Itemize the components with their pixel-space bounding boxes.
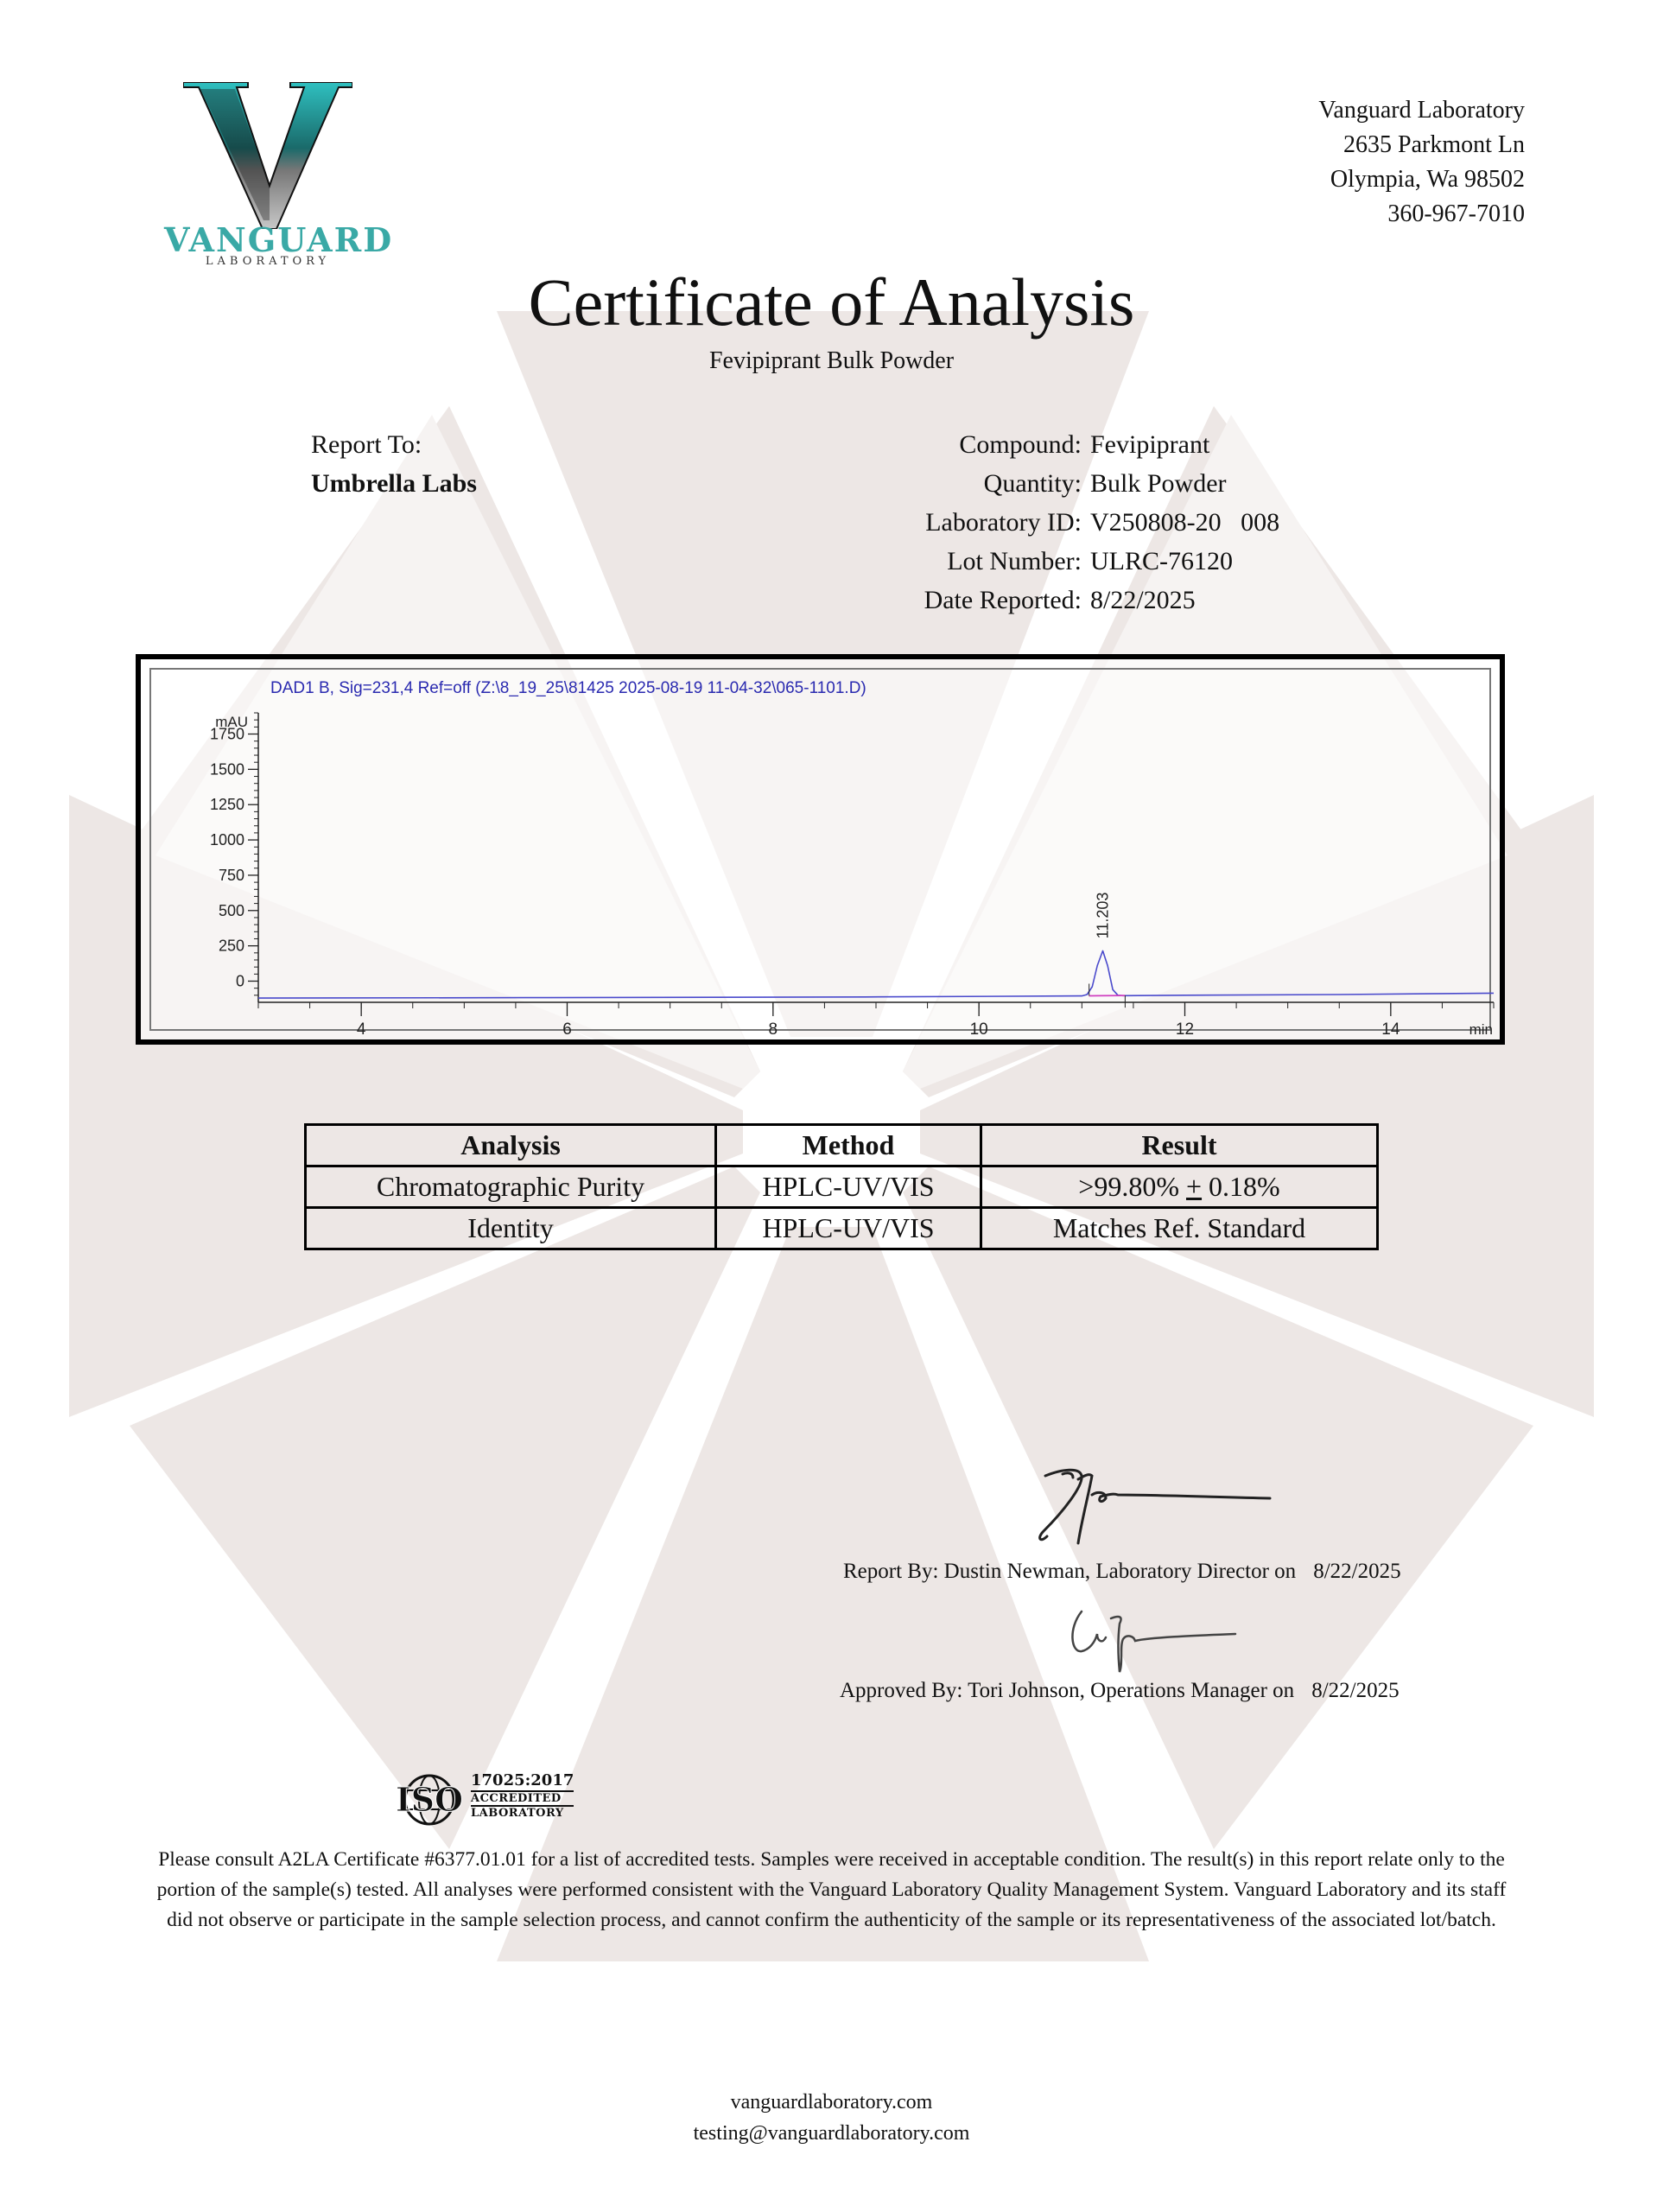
cell-method: HPLC-UV/VIS xyxy=(716,1166,981,1208)
page-subtitle: Fevipiprant Bulk Powder xyxy=(0,347,1663,375)
page-title: Certificate of Analysis xyxy=(0,264,1663,341)
y-tick-label: 250 xyxy=(219,938,244,955)
report-by-text: Report By: Dustin Newman, Laboratory Dir… xyxy=(843,1560,1296,1583)
info-label: Laboratory ID: xyxy=(829,503,1090,542)
table-row: Chromatographic Purity HPLC-UV/VIS >99.8… xyxy=(306,1166,1378,1208)
info-label: Lot Number: xyxy=(829,542,1090,581)
info-row-quantity: Quantity: Bulk Powder xyxy=(829,464,1279,503)
approved-by-text: Approved By: Tori Johnson, Operations Ma… xyxy=(840,1679,1294,1702)
lab-name: Vanguard Laboratory xyxy=(1318,93,1525,128)
iso-globe-icon: ISO xyxy=(389,1771,471,1827)
x-tick-label: 10 xyxy=(970,1020,988,1036)
approved-by-line: Approved By: Tori Johnson, Operations Ma… xyxy=(840,1679,1400,1703)
lab-city: Olympia, Wa 98502 xyxy=(1318,162,1525,197)
y-tick-label: 1750 xyxy=(210,726,244,743)
header-analysis: Analysis xyxy=(306,1125,716,1166)
info-label: Quantity: xyxy=(829,464,1090,503)
info-row-lot-number: Lot Number: ULRC-76120 xyxy=(829,542,1279,581)
info-row-date-reported: Date Reported: 8/22/2025 xyxy=(829,581,1279,620)
info-row-laboratory-id: Laboratory ID: V250808-20 008 xyxy=(829,503,1279,542)
iso-laboratory: LABORATORY xyxy=(471,1805,574,1820)
peak-label: 11.203 xyxy=(1095,893,1112,939)
x-axis-label: min xyxy=(1469,1021,1493,1036)
info-label: Compound: xyxy=(829,425,1090,464)
cell-result: >99.80% + 0.18% xyxy=(981,1166,1378,1208)
info-value: Fevipiprant xyxy=(1090,425,1209,464)
report-to-label: Report To: xyxy=(311,425,477,464)
result-uncertainty: 0.18% xyxy=(1202,1171,1280,1202)
y-tick-label: 750 xyxy=(219,867,244,884)
info-label: Date Reported: xyxy=(829,581,1090,620)
y-tick-label: 0 xyxy=(236,972,244,989)
lab-phone: 360-967-7010 xyxy=(1318,197,1525,232)
logo-wordmark: VANGUARD xyxy=(164,220,371,259)
info-value: V250808-20 008 xyxy=(1090,503,1279,542)
chromatogram-trace xyxy=(258,950,1494,998)
y-tick-label: 1000 xyxy=(210,831,244,849)
footer-email-link[interactable]: testing@vanguardlaboratory.com xyxy=(0,2118,1663,2149)
plus-minus-symbol: + xyxy=(1186,1171,1202,1202)
signature-director-icon xyxy=(1028,1460,1304,1547)
info-value: Bulk Powder xyxy=(1090,464,1227,503)
iso-accreditation-badge: ISO 17025:2017 ACCREDITED LABORATORY xyxy=(389,1771,587,1827)
header-result: Result xyxy=(981,1125,1378,1166)
chromatogram-frame: DAD1 B, Sig=231,4 Ref=off (Z:\8_19_25\81… xyxy=(136,654,1505,1045)
report-to: Report To: Umbrella Labs xyxy=(311,425,477,503)
x-tick-label: 6 xyxy=(562,1020,572,1036)
approved-by-date: 8/22/2025 xyxy=(1311,1679,1399,1703)
iso-standard: 17025:2017 xyxy=(471,1771,574,1792)
logo-v-icon xyxy=(183,82,352,229)
x-tick-label: 12 xyxy=(1176,1020,1194,1036)
iso-accredited: ACCREDITED xyxy=(471,1792,574,1805)
cell-result: Matches Ref. Standard xyxy=(981,1208,1378,1249)
chromatogram-panel: DAD1 B, Sig=231,4 Ref=off (Z:\8_19_25\81… xyxy=(149,668,1491,1031)
cell-analysis: Identity xyxy=(306,1208,716,1249)
vanguard-logo: VANGUARD LABORATORY xyxy=(164,82,371,268)
y-tick-label: 1250 xyxy=(210,796,244,813)
disclaimer-text: Please consult A2LA Certificate #6377.01… xyxy=(156,1845,1507,1935)
client-name: Umbrella Labs xyxy=(311,464,477,503)
info-value: 8/22/2025 xyxy=(1090,581,1196,620)
footer-website-link[interactable]: vanguardlaboratory.com xyxy=(0,2087,1663,2118)
header-method: Method xyxy=(716,1125,981,1166)
lab-address: Vanguard Laboratory 2635 Parkmont Ln Oly… xyxy=(1318,93,1525,232)
x-tick-label: 8 xyxy=(769,1020,778,1036)
y-tick-label: 500 xyxy=(219,902,244,919)
sample-info: Compound: Fevipiprant Quantity: Bulk Pow… xyxy=(829,425,1279,620)
results-table: Analysis Method Result Chromatographic P… xyxy=(304,1123,1379,1250)
table-row: Identity HPLC-UV/VIS Matches Ref. Standa… xyxy=(306,1208,1378,1249)
info-value: ULRC-76120 xyxy=(1090,542,1233,581)
info-row-compound: Compound: Fevipiprant xyxy=(829,425,1279,464)
footer: vanguardlaboratory.com testing@vanguardl… xyxy=(0,2087,1663,2149)
signature-manager-icon xyxy=(1063,1603,1253,1681)
result-value: >99.80% xyxy=(1078,1171,1186,1202)
lab-street: 2635 Parkmont Ln xyxy=(1318,128,1525,162)
y-tick-label: 1500 xyxy=(210,760,244,778)
svg-text:ISO: ISO xyxy=(396,1780,463,1819)
cell-method: HPLC-UV/VIS xyxy=(716,1208,981,1249)
table-header-row: Analysis Method Result xyxy=(306,1125,1378,1166)
iso-text: 17025:2017 ACCREDITED LABORATORY xyxy=(471,1771,574,1820)
cell-analysis: Chromatographic Purity xyxy=(306,1166,716,1208)
x-tick-label: 4 xyxy=(357,1020,366,1036)
x-tick-label: 14 xyxy=(1381,1020,1400,1036)
report-by-date: 8/22/2025 xyxy=(1313,1560,1400,1584)
chromatogram-chart: DAD1 B, Sig=231,4 Ref=off (Z:\8_19_25\81… xyxy=(151,670,1496,1036)
chromatogram-title: DAD1 B, Sig=231,4 Ref=off (Z:\8_19_25\81… xyxy=(270,679,866,697)
report-by-line: Report By: Dustin Newman, Laboratory Dir… xyxy=(843,1560,1401,1584)
